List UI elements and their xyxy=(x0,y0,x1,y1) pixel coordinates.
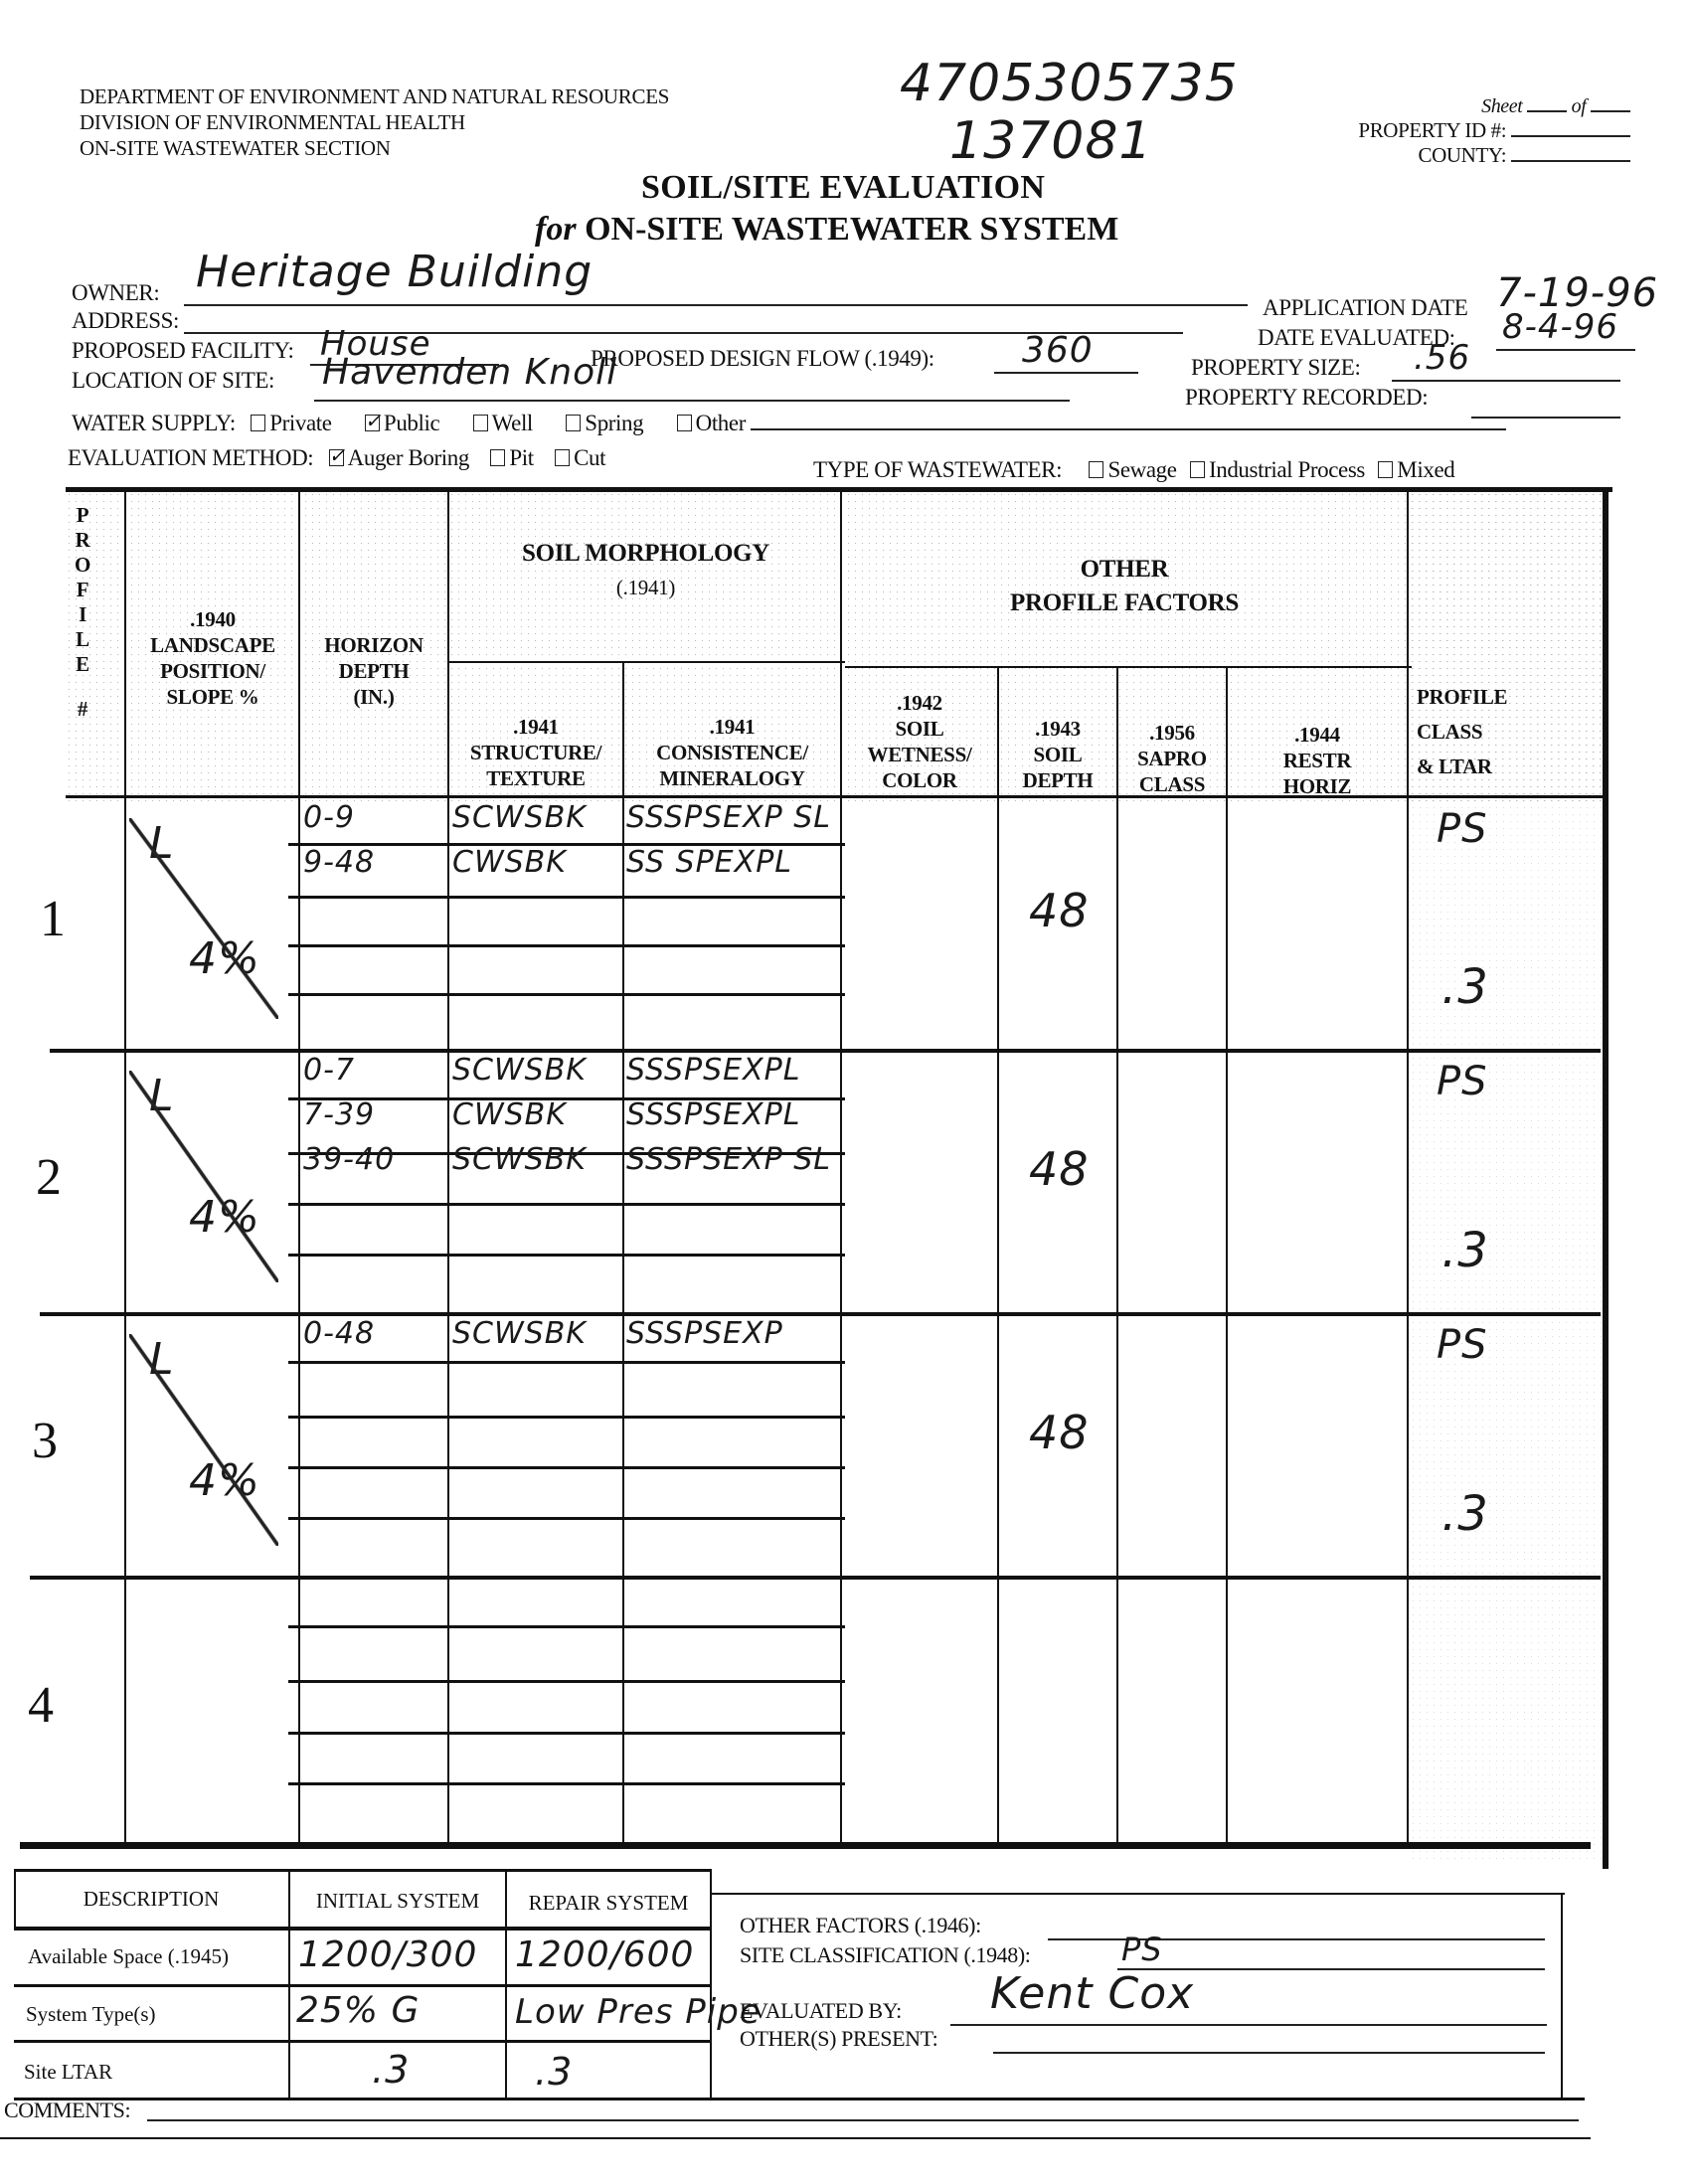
summary-section: DESCRIPTION INITIAL SYSTEM REPAIR SYSTEM… xyxy=(14,1869,1585,2068)
profile-ltar[interactable]: .3 xyxy=(1441,1486,1489,1542)
consistence-mineralogy[interactable]: SS SPEXPL xyxy=(626,845,792,880)
summary-repair-header: REPAIR SYSTEM xyxy=(507,1891,710,1916)
profile-class[interactable]: PS xyxy=(1437,1322,1488,1368)
structure-texture-header: .1941 STRUCTURE/ TEXTURE xyxy=(449,714,622,791)
horizon-depth-header: HORIZON DEPTH (IN.) xyxy=(300,632,447,710)
bottom-rule xyxy=(0,2137,1591,2139)
structure-texture[interactable]: SCWSBK xyxy=(452,1142,587,1177)
consistence-mineralogy[interactable]: SSSPSEXPL xyxy=(626,1053,800,1088)
soil-morphology-header: SOIL MORPHOLOGY xyxy=(449,541,842,567)
slash-mark xyxy=(129,1334,278,1546)
comments-label: COMMENTS: xyxy=(4,2098,130,2123)
consistence-mineralogy-header: .1941 CONSISTENCE/ MINERALOGY xyxy=(624,714,840,791)
profile-number: 4 xyxy=(28,1676,54,1735)
soil-depth[interactable]: 48 xyxy=(1029,884,1090,937)
structure-texture[interactable]: SCWSBK xyxy=(452,1053,587,1088)
evaluated-by-field[interactable]: Kent Cox xyxy=(950,2004,1547,2026)
site-classification-label: SITE CLASSIFICATION (.1948): xyxy=(740,1942,1031,1968)
horizon-depth[interactable]: 0-48 xyxy=(303,1316,375,1351)
profile-class-ltar-header: PROFILE CLASS & LTAR xyxy=(1417,680,1606,784)
structure-texture[interactable]: SCWSBK xyxy=(452,800,587,835)
site-classification-field[interactable]: PS xyxy=(1117,1946,1545,1970)
consistence-mineralogy[interactable]: SSSPSEXP SL xyxy=(626,1142,831,1177)
other-factors-label: OTHER FACTORS (.1946): xyxy=(740,1913,981,1938)
summary-initial-header: INITIAL SYSTEM xyxy=(290,1889,505,1914)
consistence-mineralogy[interactable]: SSSPSEXP xyxy=(626,1316,783,1351)
profile-number-header: PROFILE# xyxy=(68,503,97,722)
comments-field[interactable] xyxy=(147,2098,1579,2121)
horizon-depth[interactable]: 0-9 xyxy=(303,800,355,835)
available-space-initial[interactable]: 1200/300 xyxy=(298,1934,477,1975)
site-classification-value: PS xyxy=(1121,1931,1163,1968)
profile-number: 2 xyxy=(36,1148,62,1207)
evaluated-by-signature: Kent Cox xyxy=(990,1968,1194,2019)
summary-description-header: DESCRIPTION xyxy=(14,1887,288,1912)
horizon-depth[interactable]: 9-48 xyxy=(303,845,375,880)
site-ltar-label: Site LTAR xyxy=(24,2060,112,2085)
consistence-mineralogy[interactable]: SSSPSEXP SL xyxy=(626,800,831,835)
soil-depth-header: .1943 SOIL DEPTH xyxy=(999,716,1116,793)
horizon-depth[interactable]: 39-40 xyxy=(303,1142,395,1177)
profile-class[interactable]: PS xyxy=(1437,1059,1488,1104)
other-profile-factors-header: OTHER PROFILE FACTORS xyxy=(842,553,1407,620)
available-space-repair[interactable]: 1200/600 xyxy=(515,1934,694,1975)
horizon-depth[interactable]: 7-39 xyxy=(303,1097,375,1132)
evaluated-by-label: EVALUATED BY: xyxy=(740,1998,902,2024)
landscape-slope-header: .1940 LANDSCAPE POSITION/ SLOPE % xyxy=(127,606,298,710)
structure-texture[interactable]: SCWSBK xyxy=(452,1316,587,1351)
horizon-depth[interactable]: 0-7 xyxy=(303,1053,355,1088)
others-present-field[interactable] xyxy=(993,2032,1545,2054)
site-ltar-initial[interactable]: .3 xyxy=(372,2048,410,2092)
structure-texture[interactable]: CWSBK xyxy=(452,1097,567,1132)
profile-ltar[interactable]: .3 xyxy=(1441,1223,1489,1278)
structure-texture[interactable]: CWSBK xyxy=(452,845,567,880)
profile-number: 1 xyxy=(40,890,66,948)
profile-ltar[interactable]: .3 xyxy=(1441,959,1489,1015)
profile-number: 3 xyxy=(32,1412,58,1470)
soil-profile-table: PROFILE# .1940 LANDSCAPE POSITION/ SLOPE… xyxy=(0,0,1694,2184)
profile-class[interactable]: PS xyxy=(1437,806,1488,852)
slash-mark xyxy=(129,818,278,1019)
restr-horiz-header: .1944 RESTR HORIZ xyxy=(1228,722,1407,799)
consistence-mineralogy[interactable]: SSSPSEXPL xyxy=(626,1097,800,1132)
system-type-initial[interactable]: 25% G xyxy=(296,1990,420,2031)
soil-depth[interactable]: 48 xyxy=(1029,1142,1090,1196)
soil-depth[interactable]: 48 xyxy=(1029,1406,1090,1459)
system-type-repair[interactable]: Low Pres Pipe xyxy=(515,1992,762,2032)
system-type-label: System Type(s) xyxy=(26,2002,156,2027)
slash-mark xyxy=(129,1071,278,1282)
others-present-label: OTHER(S) PRESENT: xyxy=(740,2026,937,2052)
site-ltar-repair[interactable]: .3 xyxy=(535,2050,573,2094)
soil-morphology-code: (.1941) xyxy=(449,575,842,600)
sapro-class-header: .1956 SAPRO CLASS xyxy=(1118,720,1226,797)
available-space-label: Available Space (.1945) xyxy=(28,1944,229,1969)
soil-wetness-header: .1942 SOIL WETNESS/ COLOR xyxy=(842,690,997,793)
